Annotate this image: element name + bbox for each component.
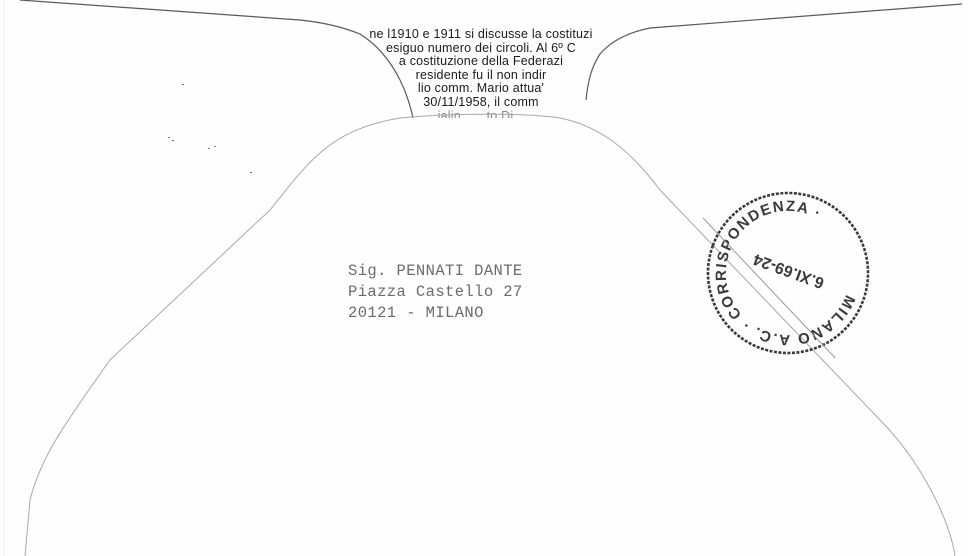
address-name: Sig. PENNATI DANTE <box>348 261 523 282</box>
sender-address-stamp: Sig. PENNATI DANTE Piazza Castello 27 20… <box>348 261 523 324</box>
postmark-date: 6.XI.69-24 <box>751 250 826 291</box>
postmark-cancel: MILANO A.C. · CORRISPONDENZA · 6.XI.69-2… <box>703 188 873 358</box>
envelope-back: ne l1910 e 1911 si discusse la costituzi… <box>0 0 968 556</box>
address-street: Piazza Castello 27 <box>348 282 523 303</box>
address-city: 20121 - MILANO <box>348 303 523 324</box>
